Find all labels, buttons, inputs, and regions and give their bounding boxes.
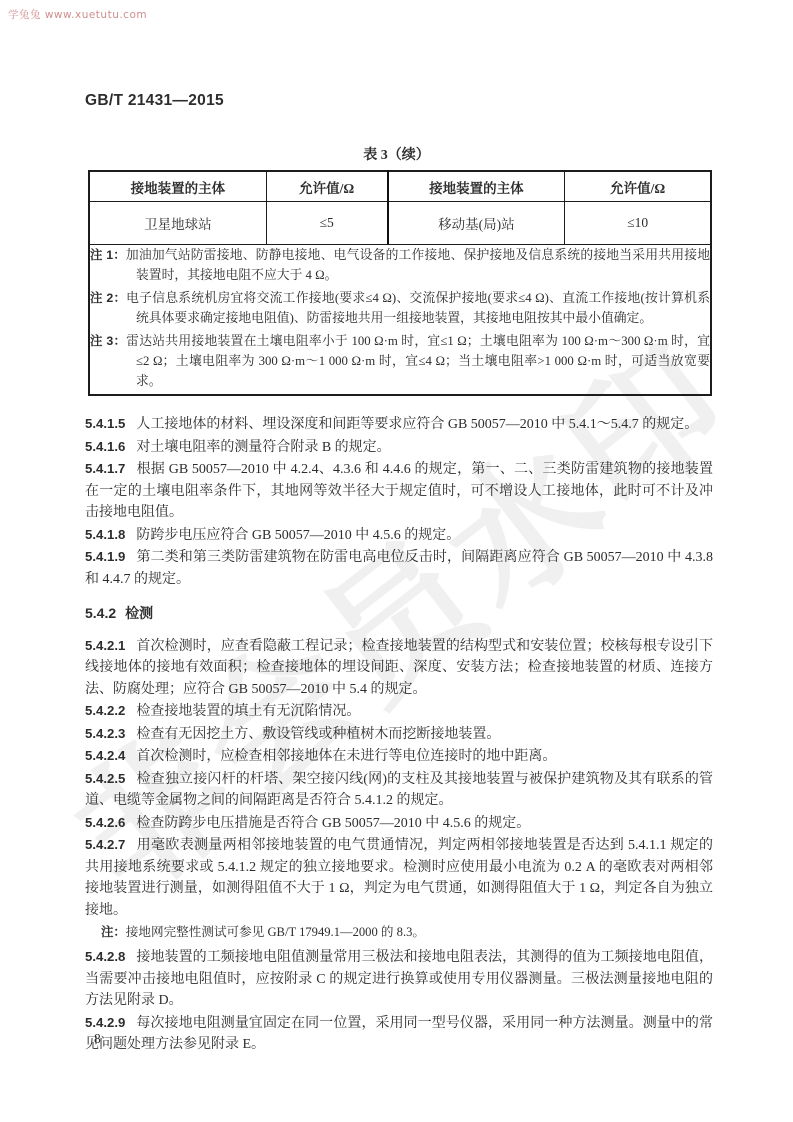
table-row: 卫星地球站 ≤5 移动基(局)站 ≤10 (89, 202, 711, 245)
clause-text: 检查防跨步电压措施是否符合 GB 50057—2010 中 4.5.6 的规定。 (136, 816, 530, 831)
clause-number: 5.4.2.9 (85, 1015, 125, 1030)
clause-text: 检查接地装置的填土有无沉陷情况。 (136, 704, 360, 719)
note-label: 注 1： (90, 248, 126, 262)
clause-number: 5.4.2.3 (85, 726, 125, 741)
note-label: 注 3： (90, 334, 126, 348)
clause-text: 检查有无因挖土方、敷设管线或种植树木而挖断接地装置。 (136, 727, 500, 742)
clause-5-4-2-3: 5.4.2.3检查有无因挖土方、敷设管线或种植树木而挖断接地装置。 (85, 723, 713, 746)
clause-5-4-2-8: 5.4.2.8接地装置的工频接地电阻值测量常用三极法和接地电阻表法，其测得的值为… (85, 946, 713, 1012)
note-text: 电子信息系统机房宜将交流工作接地(要求≤4 Ω)、交流保护接地(要求≤4 Ω)、… (126, 291, 710, 325)
clause-number: 5.4.2.2 (85, 703, 125, 718)
table-header-cell: 允许值/Ω (266, 171, 387, 202)
clause-number: 5.4.2.6 (85, 815, 125, 830)
inline-note: 注：接地网完整性测试可参见 GB/T 17949.1—2000 的 8.3。 (85, 923, 713, 942)
clause-5-4-1-8: 5.4.1.8防跨步电压应符合 GB 50057—2010 中 4.5.6 的规… (85, 524, 713, 547)
clause-number: 5.4.2.7 (85, 837, 125, 852)
clause-5-4-2-6: 5.4.2.6检查防跨步电压措施是否符合 GB 50057—2010 中 4.5… (85, 812, 713, 835)
table-notes-row: 注 1：加油加气站防雷接地、防静电接地、电气设备的工作接地、保护接地及信息系统的… (89, 245, 711, 396)
note-label: 注： (101, 925, 126, 939)
table-cell-value: ≤10 (565, 202, 711, 245)
clause-number: 5.4.1.9 (85, 549, 125, 564)
clause-number: 5.4.2.4 (85, 748, 125, 763)
heading-number: 5.4.2 (85, 605, 116, 621)
clause-number: 5.4.1.5 (85, 416, 125, 431)
clause-5-4-2-1: 5.4.2.1首次检测时，应查看隐蔽工程记录；检查接地装置的结构型式和安装位置；… (85, 635, 713, 701)
document-page: 学兔兔 www.xuetutu.com GB/T 21431—2015 非会员水… (0, 0, 793, 1122)
clause-5-4-2-2: 5.4.2.2检查接地装置的填土有无沉陷情况。 (85, 700, 713, 723)
clause-text: 防跨步电压应符合 GB 50057—2010 中 4.5.6 的规定。 (136, 528, 460, 543)
clause-number: 5.4.1.8 (85, 527, 125, 542)
table-cell-subject: 移动基(局)站 (388, 202, 565, 245)
heading-title: 检测 (125, 605, 153, 621)
table-header-cell: 接地装置的主体 (89, 171, 266, 202)
clause-text: 检查独立接闪杆的杆塔、架空接闪线(网)的支柱及其接地装置与被保护建筑物及其有联系… (85, 772, 713, 809)
clause-5-4-2-9: 5.4.2.9每次接地电阻测量宜固定在同一位置，采用同一型号仪器，采用同一种方法… (85, 1012, 713, 1056)
clause-text: 接地装置的工频接地电阻值测量常用三极法和接地电阻表法，其测得的值为工频接地电阻值… (85, 950, 713, 1008)
clause-5-4-2-5: 5.4.2.5检查独立接闪杆的杆塔、架空接闪线(网)的支柱及其接地装置与被保护建… (85, 768, 713, 812)
clause-text: 每次接地电阻测量宜固定在同一位置，采用同一型号仪器，采用同一种方法测量。测量中的… (85, 1016, 713, 1053)
clause-text: 首次检测时，应查看隐蔽工程记录；检查接地装置的结构型式和安装位置；校核每根专设引… (85, 639, 713, 697)
note-label: 注 2： (90, 291, 126, 305)
note-text: 加油加气站防雷接地、防静电接地、电气设备的工作接地、保护接地及信息系统的接地当采… (126, 248, 710, 282)
clause-5-4-2-4: 5.4.2.4首次检测时，应检查相邻接地体在未进行等电位连接时的地中距离。 (85, 745, 713, 768)
section-heading-5-4-2: 5.4.2检测 (85, 603, 713, 625)
table-cell-subject: 卫星地球站 (89, 202, 266, 245)
doc-code-header: GB/T 21431—2015 (85, 92, 224, 110)
clause-5-4-1-5: 5.4.1.5人工接地体的材料、埋设深度和间距等要求应符合 GB 50057—2… (85, 413, 713, 436)
clause-text: 第二类和第三类防雷建筑物在防雷电高电位反击时，间隔距离应符合 GB 50057—… (85, 550, 713, 587)
clause-5-4-1-9: 5.4.1.9第二类和第三类防雷建筑物在防雷电高电位反击时，间隔距离应符合 GB… (85, 546, 713, 590)
note-text: 雷达站共用接地装置在土壤电阻率小于 100 Ω·m 时，宜≤1 Ω；土壤电阻率为… (126, 334, 710, 388)
table-header-cell: 接地装置的主体 (388, 171, 565, 202)
clause-5-4-1-6: 5.4.1.6对土壤电阻率的测量符合附录 B 的规定。 (85, 436, 713, 459)
body-text: 5.4.1.5人工接地体的材料、埋设深度和间距等要求应符合 GB 50057—2… (85, 413, 713, 1056)
clause-number: 5.4.1.7 (85, 461, 125, 476)
clause-number: 5.4.2.8 (85, 949, 125, 964)
clause-text: 根据 GB 50057—2010 中 4.2.4、4.3.6 和 4.4.6 的… (85, 462, 713, 520)
table-title: 表 3（续） (0, 144, 793, 164)
table-note-2: 注 2：电子信息系统机房宜将交流工作接地(要求≤4 Ω)、交流保护接地(要求≤4… (90, 288, 710, 328)
table-note-1: 注 1：加油加气站防雷接地、防静电接地、电气设备的工作接地、保护接地及信息系统的… (90, 245, 710, 285)
table-header-cell: 允许值/Ω (565, 171, 711, 202)
grounding-resistance-table: 接地装置的主体 允许值/Ω 接地装置的主体 允许值/Ω 卫星地球站 ≤5 移动基… (88, 170, 712, 396)
table-note-3: 注 3：雷达站共用接地装置在土壤电阻率小于 100 Ω·m 时，宜≤1 Ω；土壤… (90, 331, 710, 391)
clause-text: 对土壤电阻率的测量符合附录 B 的规定。 (136, 440, 390, 455)
clause-text: 用毫欧表测量两相邻接地装置的电气贯通情况，判定两相邻接地装置是否达到 5.4.1… (85, 838, 713, 918)
clause-number: 5.4.1.6 (85, 439, 125, 454)
table-cell-value: ≤5 (266, 202, 387, 245)
clause-5-4-1-7: 5.4.1.7根据 GB 50057—2010 中 4.2.4、4.3.6 和 … (85, 458, 713, 524)
note-text: 接地网完整性测试可参见 GB/T 17949.1—2000 的 8.3。 (126, 925, 425, 939)
clause-number: 5.4.2.1 (85, 638, 125, 653)
clause-text: 人工接地体的材料、埋设深度和间距等要求应符合 GB 50057—2010 中 5… (136, 417, 698, 432)
clause-text: 首次检测时，应检查相邻接地体在未进行等电位连接时的地中距离。 (136, 749, 556, 764)
page-number: 8 (94, 1031, 101, 1047)
clause-number: 5.4.2.5 (85, 771, 125, 786)
clause-5-4-2-7: 5.4.2.7用毫欧表测量两相邻接地装置的电气贯通情况，判定两相邻接地装置是否达… (85, 834, 713, 921)
table-header-row: 接地装置的主体 允许值/Ω 接地装置的主体 允许值/Ω (89, 171, 711, 202)
table-notes-cell: 注 1：加油加气站防雷接地、防静电接地、电气设备的工作接地、保护接地及信息系统的… (89, 245, 711, 396)
site-watermark: 学兔兔 www.xuetutu.com (8, 7, 147, 22)
